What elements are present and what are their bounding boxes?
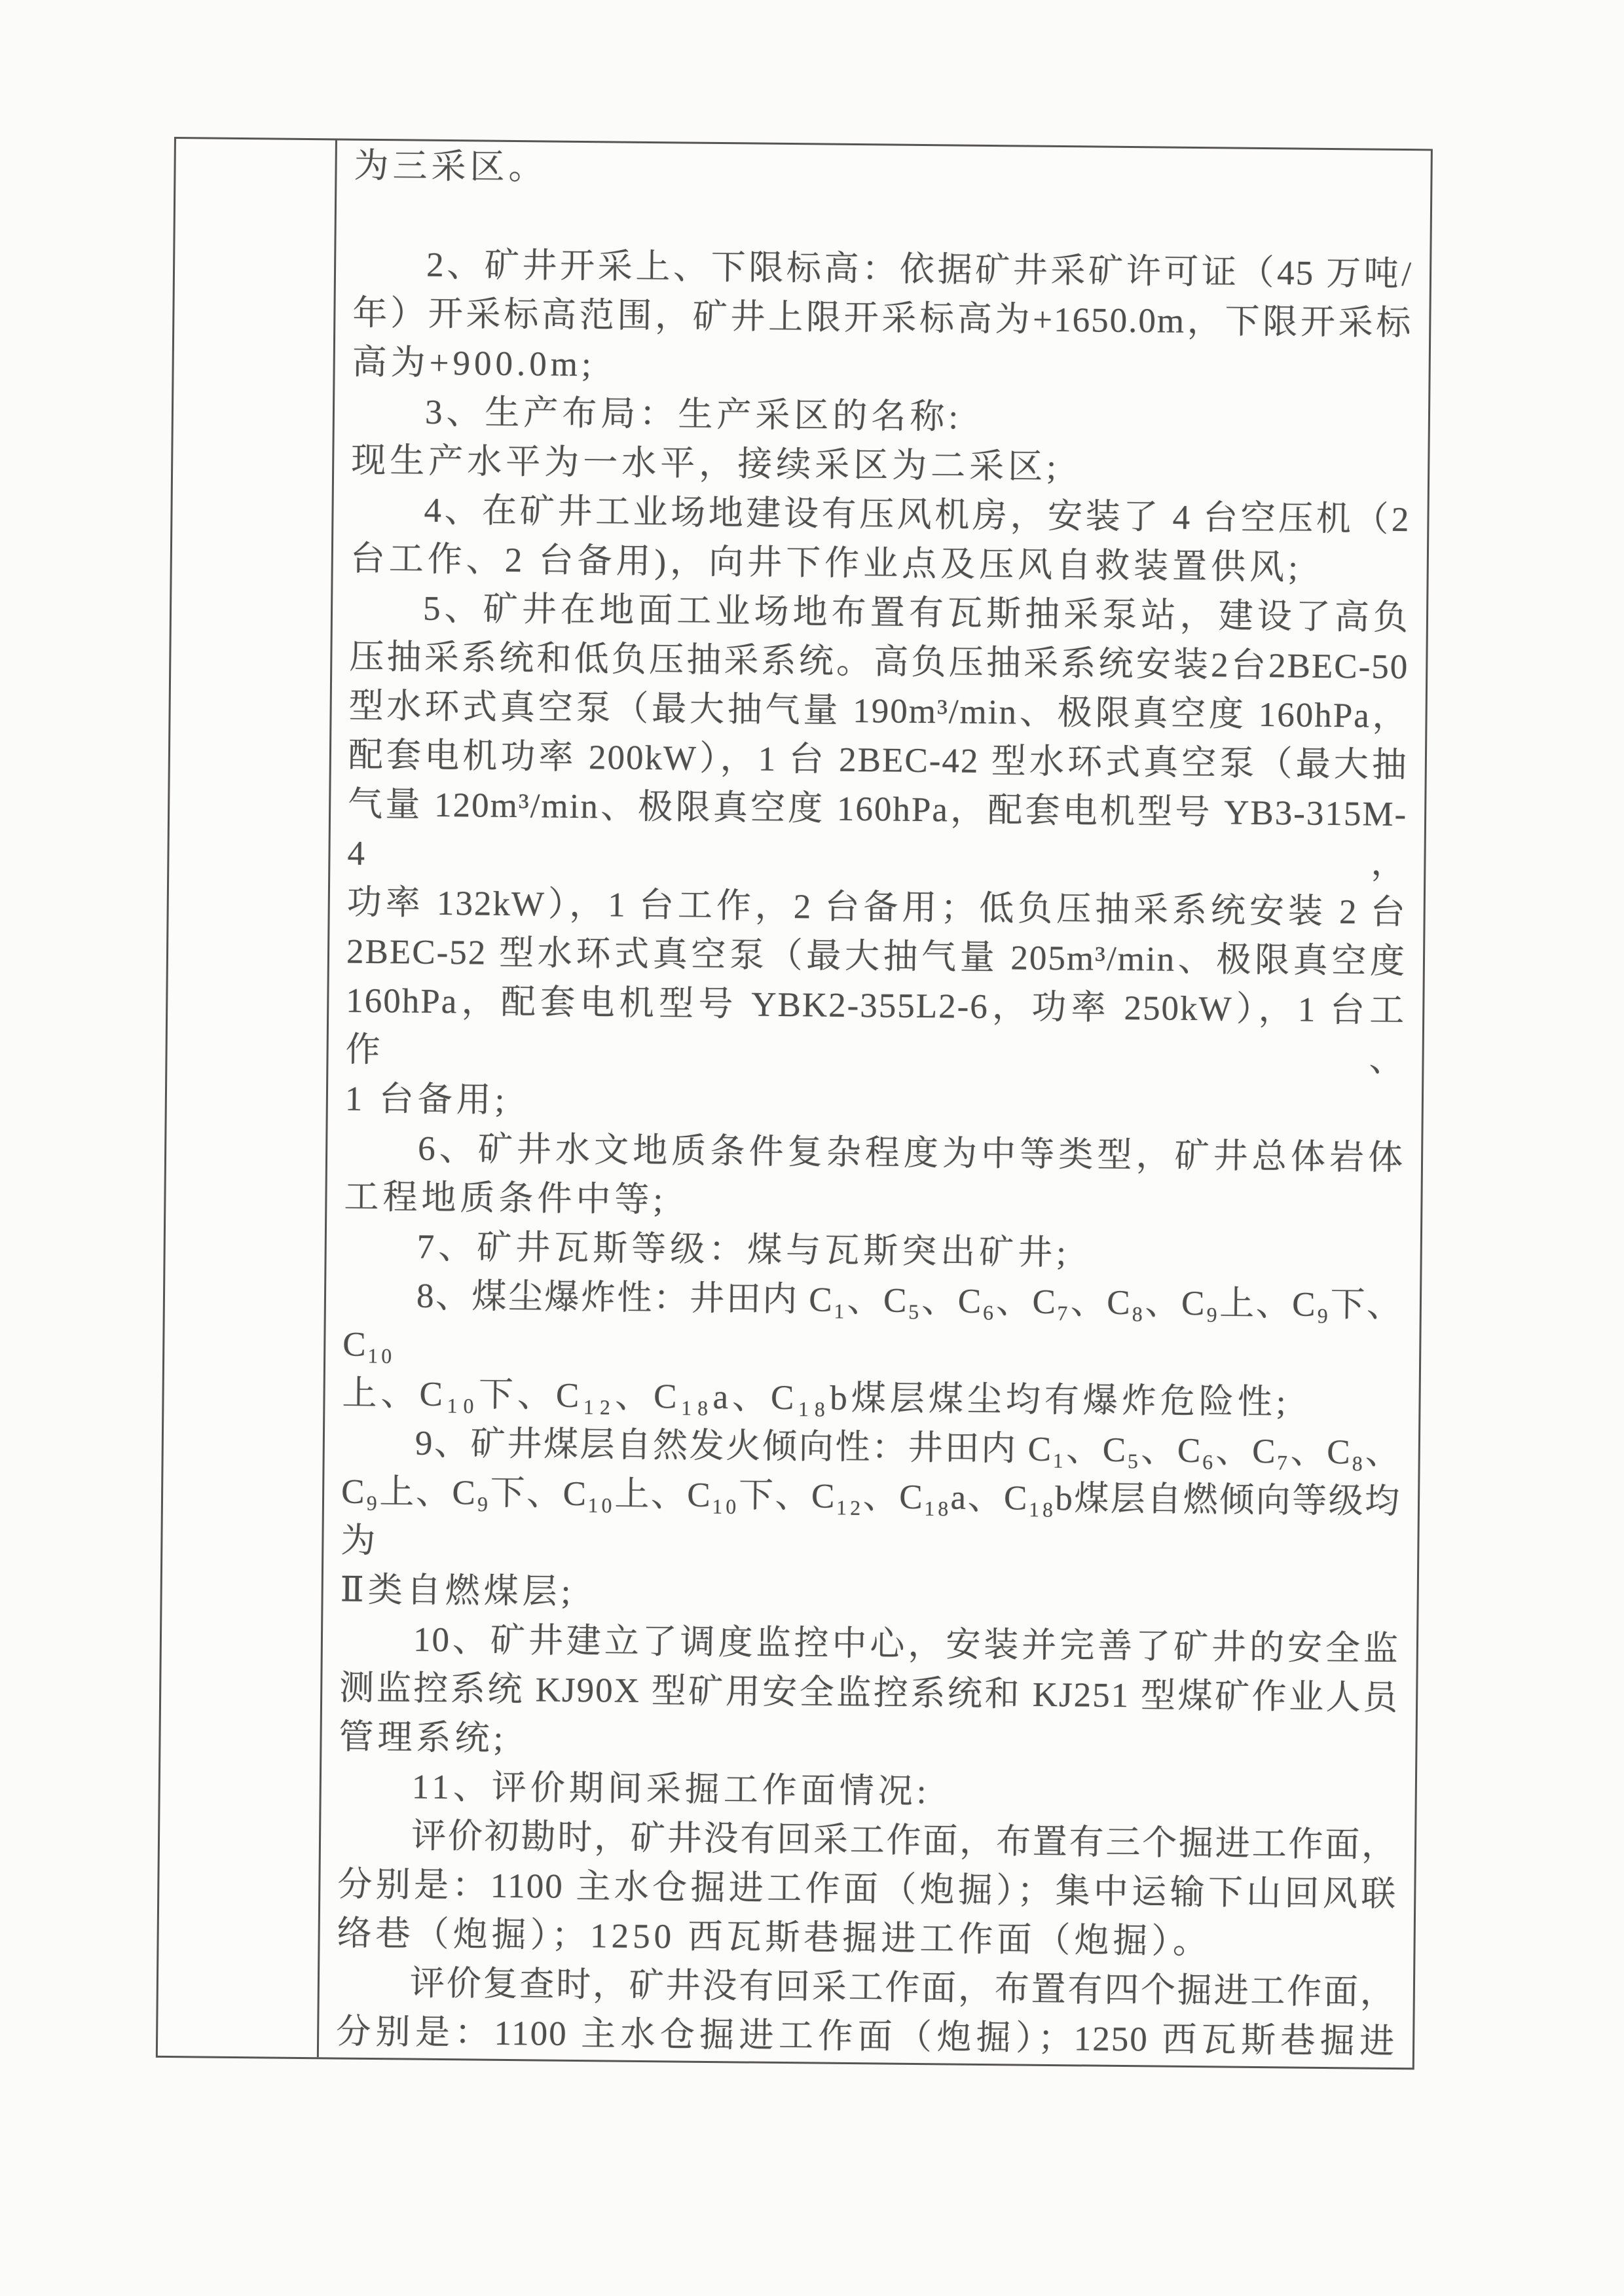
text-line: C₉上、C₉下、C₁₀上、C₁₀下、C₁₂、C₁₈a、C₁₈b煤层自燃倾向等级均… — [341, 1468, 1401, 1576]
table-body-cell: 为三采区。2、矿井开采上、下限标高：依据矿井采矿许可证（45 万吨/年）开采标高… — [319, 140, 1431, 2068]
document-table: 为三采区。2、矿井开采上、下限标高：依据矿井采矿许可证（45 万吨/年）开采标高… — [156, 137, 1433, 2069]
text-line: 为三采区。 — [354, 142, 1414, 202]
table-left-empty-cell — [158, 139, 337, 2057]
text-line: 8、煤尘爆炸性：井田内 C₁、C₅、C₆、C₇、C₈、C₉上、C₉下、C₁₀ — [342, 1271, 1403, 1380]
text-line: 160hPa，配套电机型号 YBK2-355L2-6，功率 250kW），1 台… — [345, 977, 1405, 1085]
text-line: 气量 120m³/min、极限真空度 160hPa，配套电机型号 YB3-315… — [347, 780, 1407, 889]
